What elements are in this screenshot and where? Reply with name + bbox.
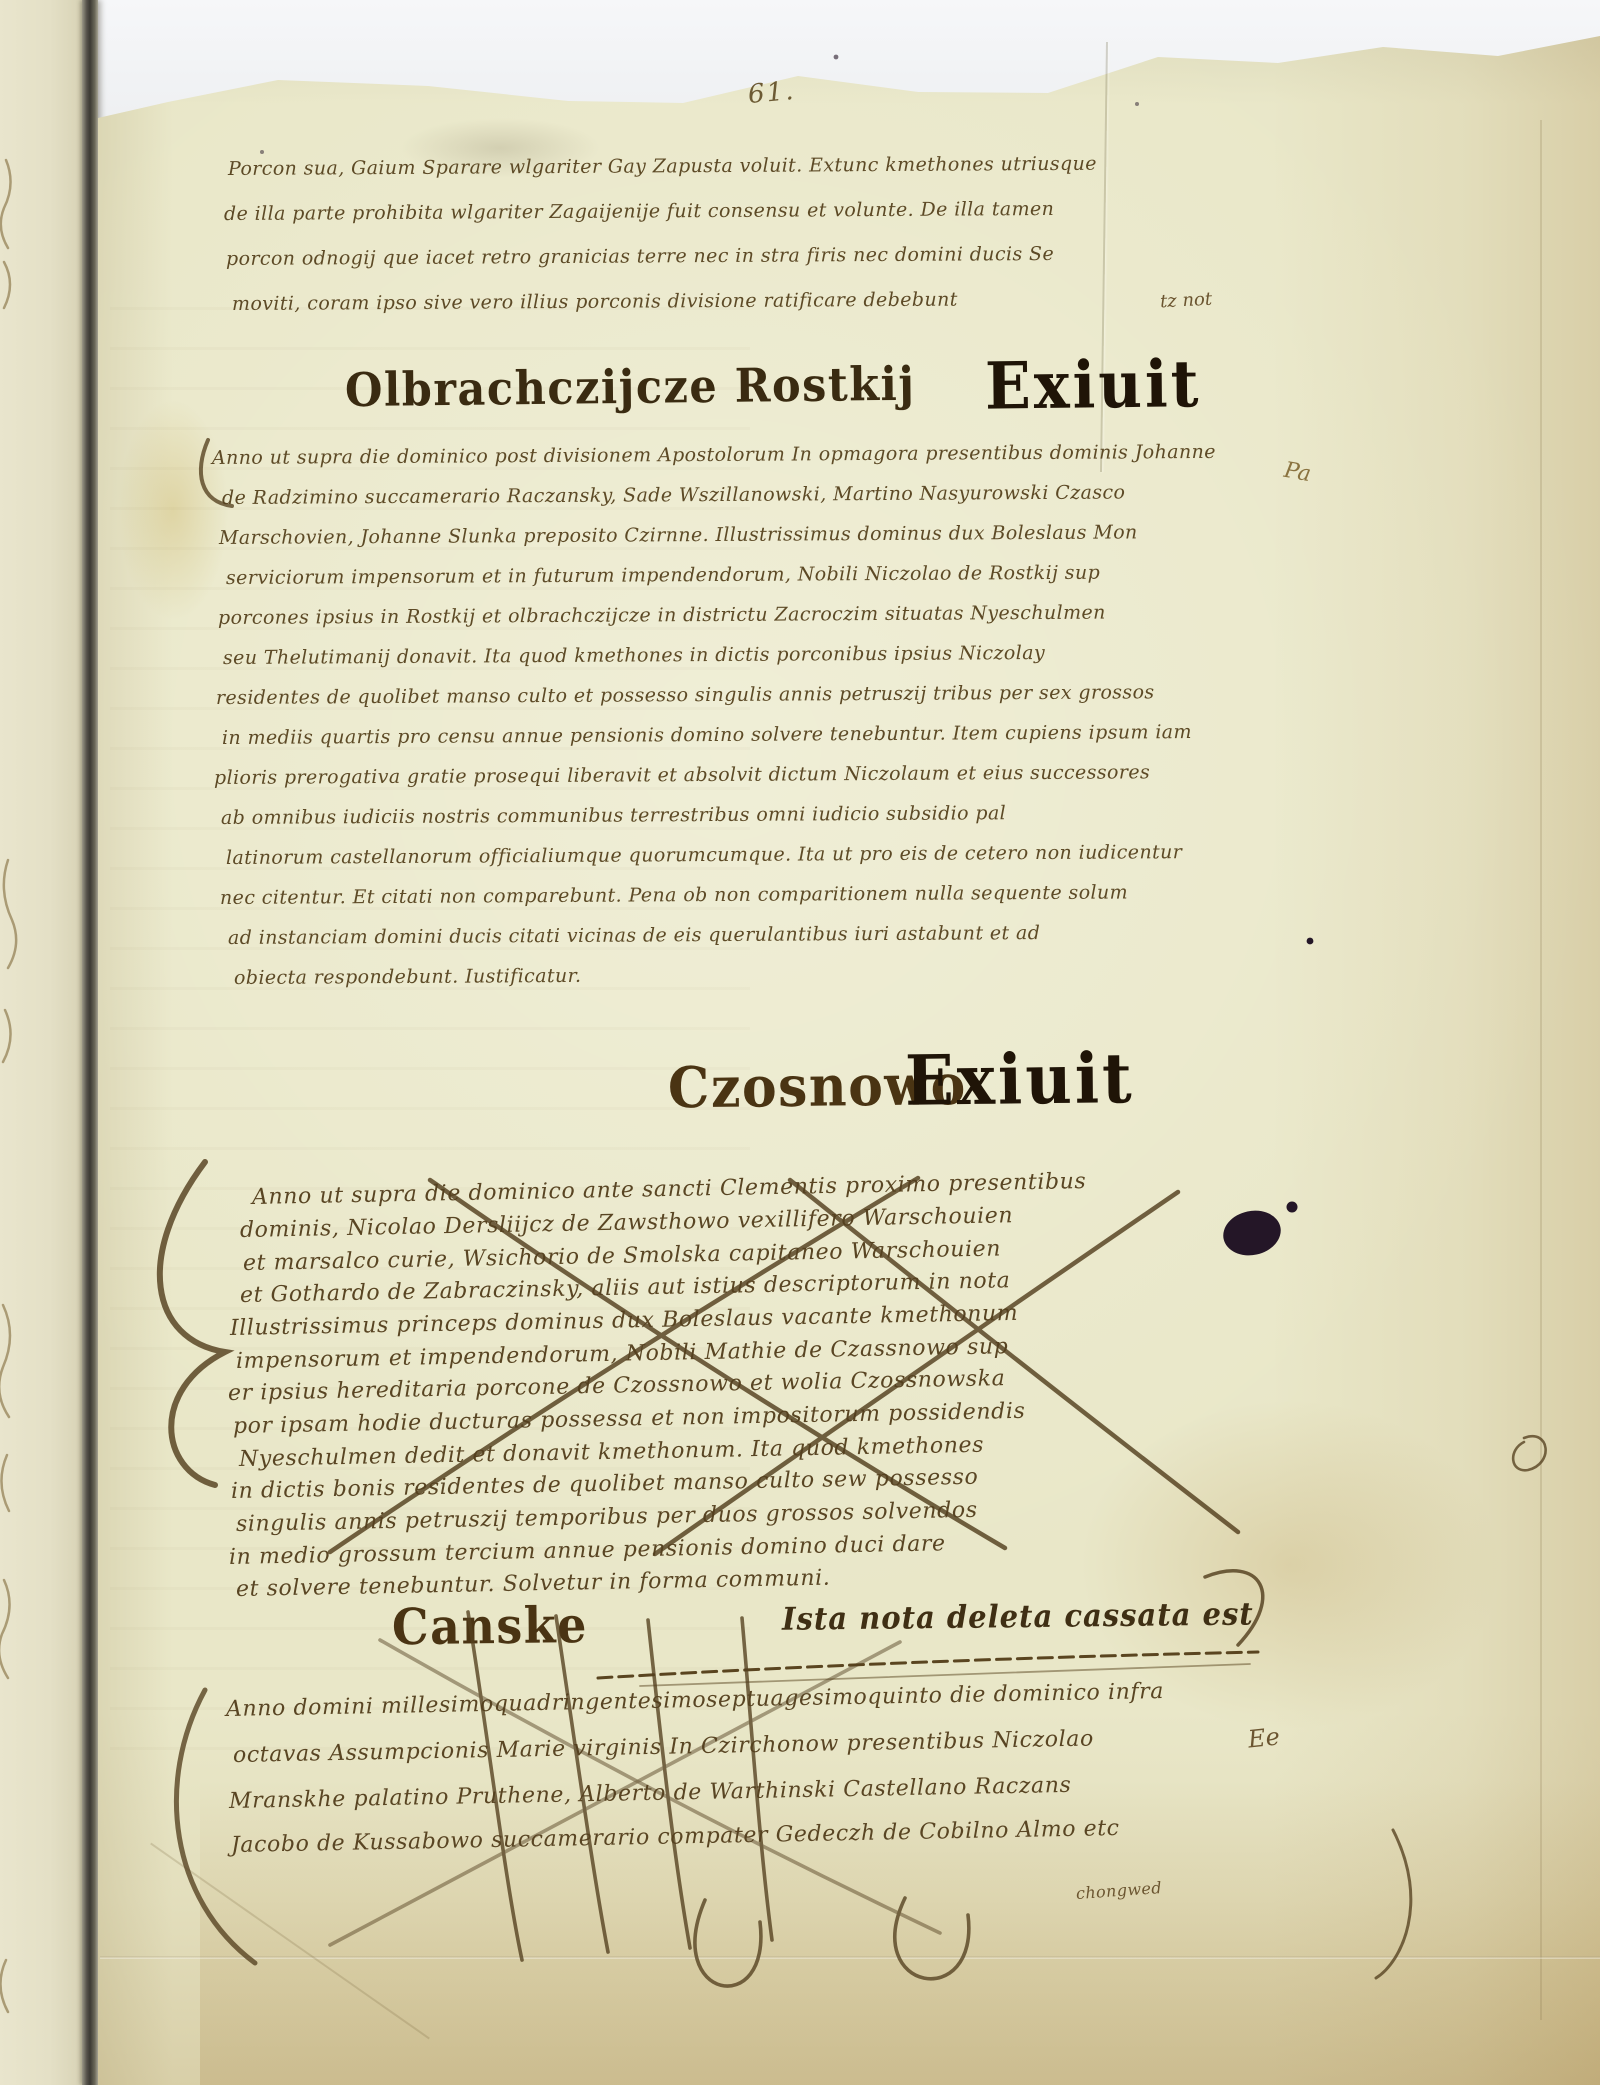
entry2-status-exiuit: Exiuit (905, 1038, 1135, 1122)
entry3-heading: Canske (392, 1596, 588, 1657)
manuscript-line: obiecta respondebunt. Iustificatur. (234, 965, 582, 989)
binding-gutter-rod (82, 0, 98, 2085)
entry1-margin-note: Pa (1282, 458, 1313, 487)
manuscript-scan: 61. Porcon sua, Gaium Sparare wlgariter … (0, 0, 1600, 2085)
intro-margin-note: tz not (1159, 289, 1212, 313)
entry1-heading: Olbrachczijcze Rostkij (345, 358, 916, 418)
manuscript-line: moviti, coram ipso sive vero illius porc… (232, 289, 958, 315)
entry3-margin-note: Ee (1247, 1722, 1281, 1753)
entry1-status-exiuit: Exiuit (985, 347, 1202, 425)
ink-speck (834, 55, 839, 60)
folio-number: 61. (747, 76, 797, 110)
entry3-cancel-note: Ista nota deleta cassata est (782, 1595, 1254, 1637)
previous-folio-edge (0, 0, 82, 2085)
